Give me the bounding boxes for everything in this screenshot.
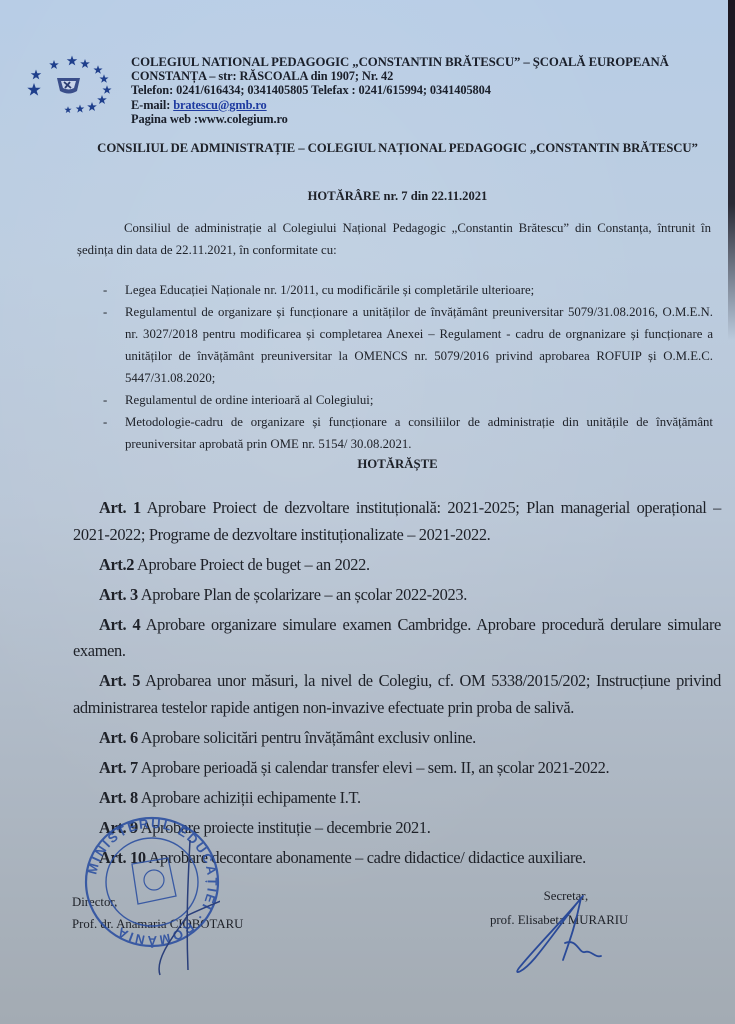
eu-stars-logo-icon: [24, 52, 124, 114]
article-text: Aprobare solicitări pentru învățământ ex…: [138, 728, 476, 747]
school-address: CONSTANȚA – str: RĂSCOALA din 1907; Nr. …: [131, 69, 669, 83]
intro-paragraph: Consiliul de administrație al Colegiului…: [77, 217, 711, 261]
article: Art. 6 Aprobare solicitări pentru învăță…: [73, 725, 721, 752]
article-text: Aprobare organizare simulare examen Camb…: [73, 615, 721, 661]
intro-text: Consiliul de administrație al Colegiului…: [77, 221, 711, 257]
article-label: Art. 3: [99, 585, 138, 604]
article-label: Art.2: [99, 555, 134, 574]
article-text: Aprobarea unor măsuri, la nivel de Coleg…: [73, 671, 721, 717]
page-edge-shadow: [728, 0, 735, 340]
article-label: Art. 8: [99, 788, 138, 807]
article-text: Aprobare perioadă și calendar transfer e…: [138, 758, 609, 777]
article: Art. 7 Aprobare perioadă și calendar tra…: [73, 755, 721, 782]
legal-basis-item: Legea Educației Naționale nr. 1/2011, cu…: [97, 279, 713, 301]
article-text: Aprobare Proiect de buget – an 2022.: [134, 555, 370, 574]
article-label: Art. 4: [99, 615, 140, 634]
article-text: Aprobare achiziții echipamente I.T.: [138, 788, 361, 807]
article-text: Aprobare Plan de școlarizare – an școlar…: [138, 585, 467, 604]
legal-basis-item: Regulamentul de organizare și funcționar…: [97, 301, 713, 389]
secretary-handwritten-signature: [505, 888, 615, 978]
article-label: Art. 1: [99, 498, 141, 517]
council-title: CONSILIUL DE ADMINISTRAȚIE – COLEGIUL NA…: [0, 141, 735, 156]
article: Art. 4 Aprobare organizare simulare exam…: [73, 612, 721, 665]
email-label: E-mail:: [131, 98, 173, 112]
article: Art. 1 Aprobare Proiect de dezvoltare in…: [73, 495, 721, 548]
school-letterhead: COLEGIUL NATIONAL PEDAGOGIC „CONSTANTIN …: [131, 55, 669, 126]
decides-heading: HOTĂRĂȘTE: [0, 457, 735, 472]
article: Art.2 Aprobare Proiect de buget – an 202…: [73, 552, 721, 579]
school-web: Pagina web :www.colegium.ro: [131, 112, 669, 126]
school-emblem-icon: [57, 78, 80, 94]
article: Art. 5 Aprobarea unor măsuri, la nivel d…: [73, 668, 721, 721]
legal-basis-item: Regulamentul de ordine interioară al Col…: [97, 389, 713, 411]
article-label: Art. 6: [99, 728, 138, 747]
article: Art. 8 Aprobare achiziții echipamente I.…: [73, 785, 721, 812]
legal-basis-list: Legea Educației Naționale nr. 1/2011, cu…: [97, 279, 713, 455]
article-label: Art. 5: [99, 671, 140, 690]
director-handwritten-signature: [100, 820, 220, 980]
school-phones: Telefon: 0241/616434; 0341405805 Telefax…: [131, 83, 669, 97]
article-text: Aprobare Proiect de dezvoltare instituți…: [73, 498, 721, 544]
legal-basis-item: Metodologie-cadru de organizare și funcț…: [97, 411, 713, 455]
article: Art. 3 Aprobare Plan de școlarizare – an…: [73, 582, 721, 609]
email-link[interactable]: bratescu@gmb.ro: [173, 98, 266, 112]
decision-title: HOTĂRÂRE nr. 7 din 22.11.2021: [0, 189, 735, 204]
article-label: Art. 7: [99, 758, 138, 777]
school-name: COLEGIUL NATIONAL PEDAGOGIC „CONSTANTIN …: [131, 55, 669, 69]
school-email-line: E-mail: bratescu@gmb.ro: [131, 98, 669, 112]
